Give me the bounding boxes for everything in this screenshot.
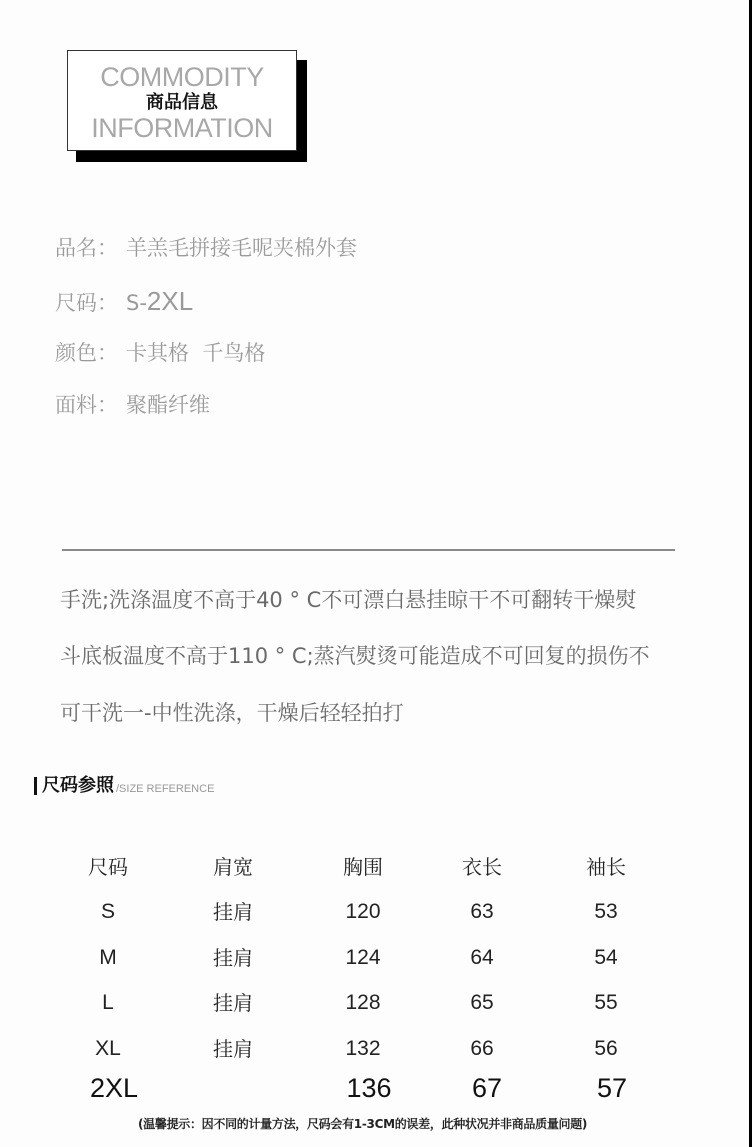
column-header: 胸围: [343, 850, 383, 884]
info-label: 尺码：: [55, 291, 118, 315]
column-header: 肩宽: [213, 850, 253, 884]
cell-shoulder: 挂肩: [213, 941, 253, 975]
title-cn: 商品信息: [68, 92, 296, 114]
size-reference-subtitle: /SIZE REFERENCE: [116, 783, 214, 795]
info-label: 颜色：: [55, 341, 118, 365]
cell-sleeve: 54: [594, 941, 617, 975]
cell-shoulder: 挂肩: [213, 1032, 253, 1066]
cell-length: 64: [470, 941, 493, 975]
cell-size: M: [99, 941, 117, 975]
table-row: 2XL 136 67 57: [0, 1071, 752, 1105]
cell-length: 66: [470, 1032, 493, 1066]
table-row: L 挂肩 128 65 55: [0, 986, 752, 1020]
cell-size: S: [101, 895, 115, 929]
cell-shoulder: 挂肩: [213, 895, 253, 929]
cell-chest: 136: [346, 1071, 391, 1105]
size-disclaimer-note: (温馨提示：因不同的计量方法，尺码会有1-3CM的误差，此种状况并非商品质量问题…: [138, 1115, 587, 1132]
size-reference-heading: 尺码参照 /SIZE REFERENCE: [34, 775, 214, 797]
commodity-information-title: COMMODITY 商品信息 INFORMATION: [67, 50, 297, 151]
cell-sleeve: 55: [594, 986, 617, 1020]
cell-shoulder: 挂肩: [213, 986, 253, 1020]
cell-chest: 124: [345, 941, 380, 975]
cell-size: L: [102, 986, 114, 1020]
title-en-information: INFORMATION: [68, 114, 296, 142]
info-color: 颜色：卡其格 千鸟格: [55, 338, 265, 368]
cell-sleeve: 56: [594, 1032, 617, 1066]
cell-length: 65: [470, 986, 493, 1020]
info-product-name: 品名：羊羔毛拼接毛呢夹棉外套: [55, 233, 357, 263]
table-row: XL 挂肩 132 66 56: [0, 1032, 752, 1066]
heading-bar-icon: [34, 777, 37, 795]
info-label: 品名：: [55, 236, 118, 260]
cell-chest: 128: [345, 986, 380, 1020]
table-header-row: 尺码 肩宽 胸围 衣长 袖长: [0, 850, 752, 884]
table-row: M 挂肩 124 64 54: [0, 941, 752, 975]
care-line: 斗底板温度不高于110 ° C;蒸汽熨烫可能造成不可回复的损伤不: [60, 641, 650, 671]
title-en-commodity: COMMODITY: [68, 63, 296, 91]
cell-sleeve: 57: [597, 1071, 627, 1105]
cell-length: 63: [470, 895, 493, 929]
info-value: 2XL: [147, 286, 193, 316]
column-header: 尺码: [88, 850, 128, 884]
column-header: 衣长: [462, 850, 502, 884]
info-fabric: 面料：聚酯纤维: [55, 390, 210, 420]
care-line: 手洗;洗涤温度不高于40 ° C不可漂白悬挂晾干不可翻转干燥熨: [60, 585, 636, 615]
cell-chest: 132: [345, 1032, 380, 1066]
info-label: 面料：: [55, 393, 118, 417]
info-size: 尺码：S-2XL: [55, 286, 193, 318]
section-divider: [62, 549, 675, 551]
cell-size: XL: [95, 1032, 121, 1066]
size-reference-title: 尺码参照: [42, 775, 114, 797]
info-value-prefix: S-: [126, 291, 147, 315]
care-line: 可干洗一-中性洗涤，干燥后轻轻拍打: [60, 698, 404, 728]
cell-sleeve: 53: [594, 895, 617, 929]
info-value: 聚酯纤维: [126, 393, 210, 417]
info-value: 羊羔毛拼接毛呢夹棉外套: [126, 236, 357, 260]
cell-length: 67: [472, 1071, 502, 1105]
cell-size: 2XL: [90, 1071, 138, 1105]
cell-chest: 120: [345, 895, 380, 929]
info-value: 卡其格 千鸟格: [126, 341, 265, 365]
table-row: S 挂肩 120 63 53: [0, 895, 752, 929]
column-header: 袖长: [586, 850, 626, 884]
